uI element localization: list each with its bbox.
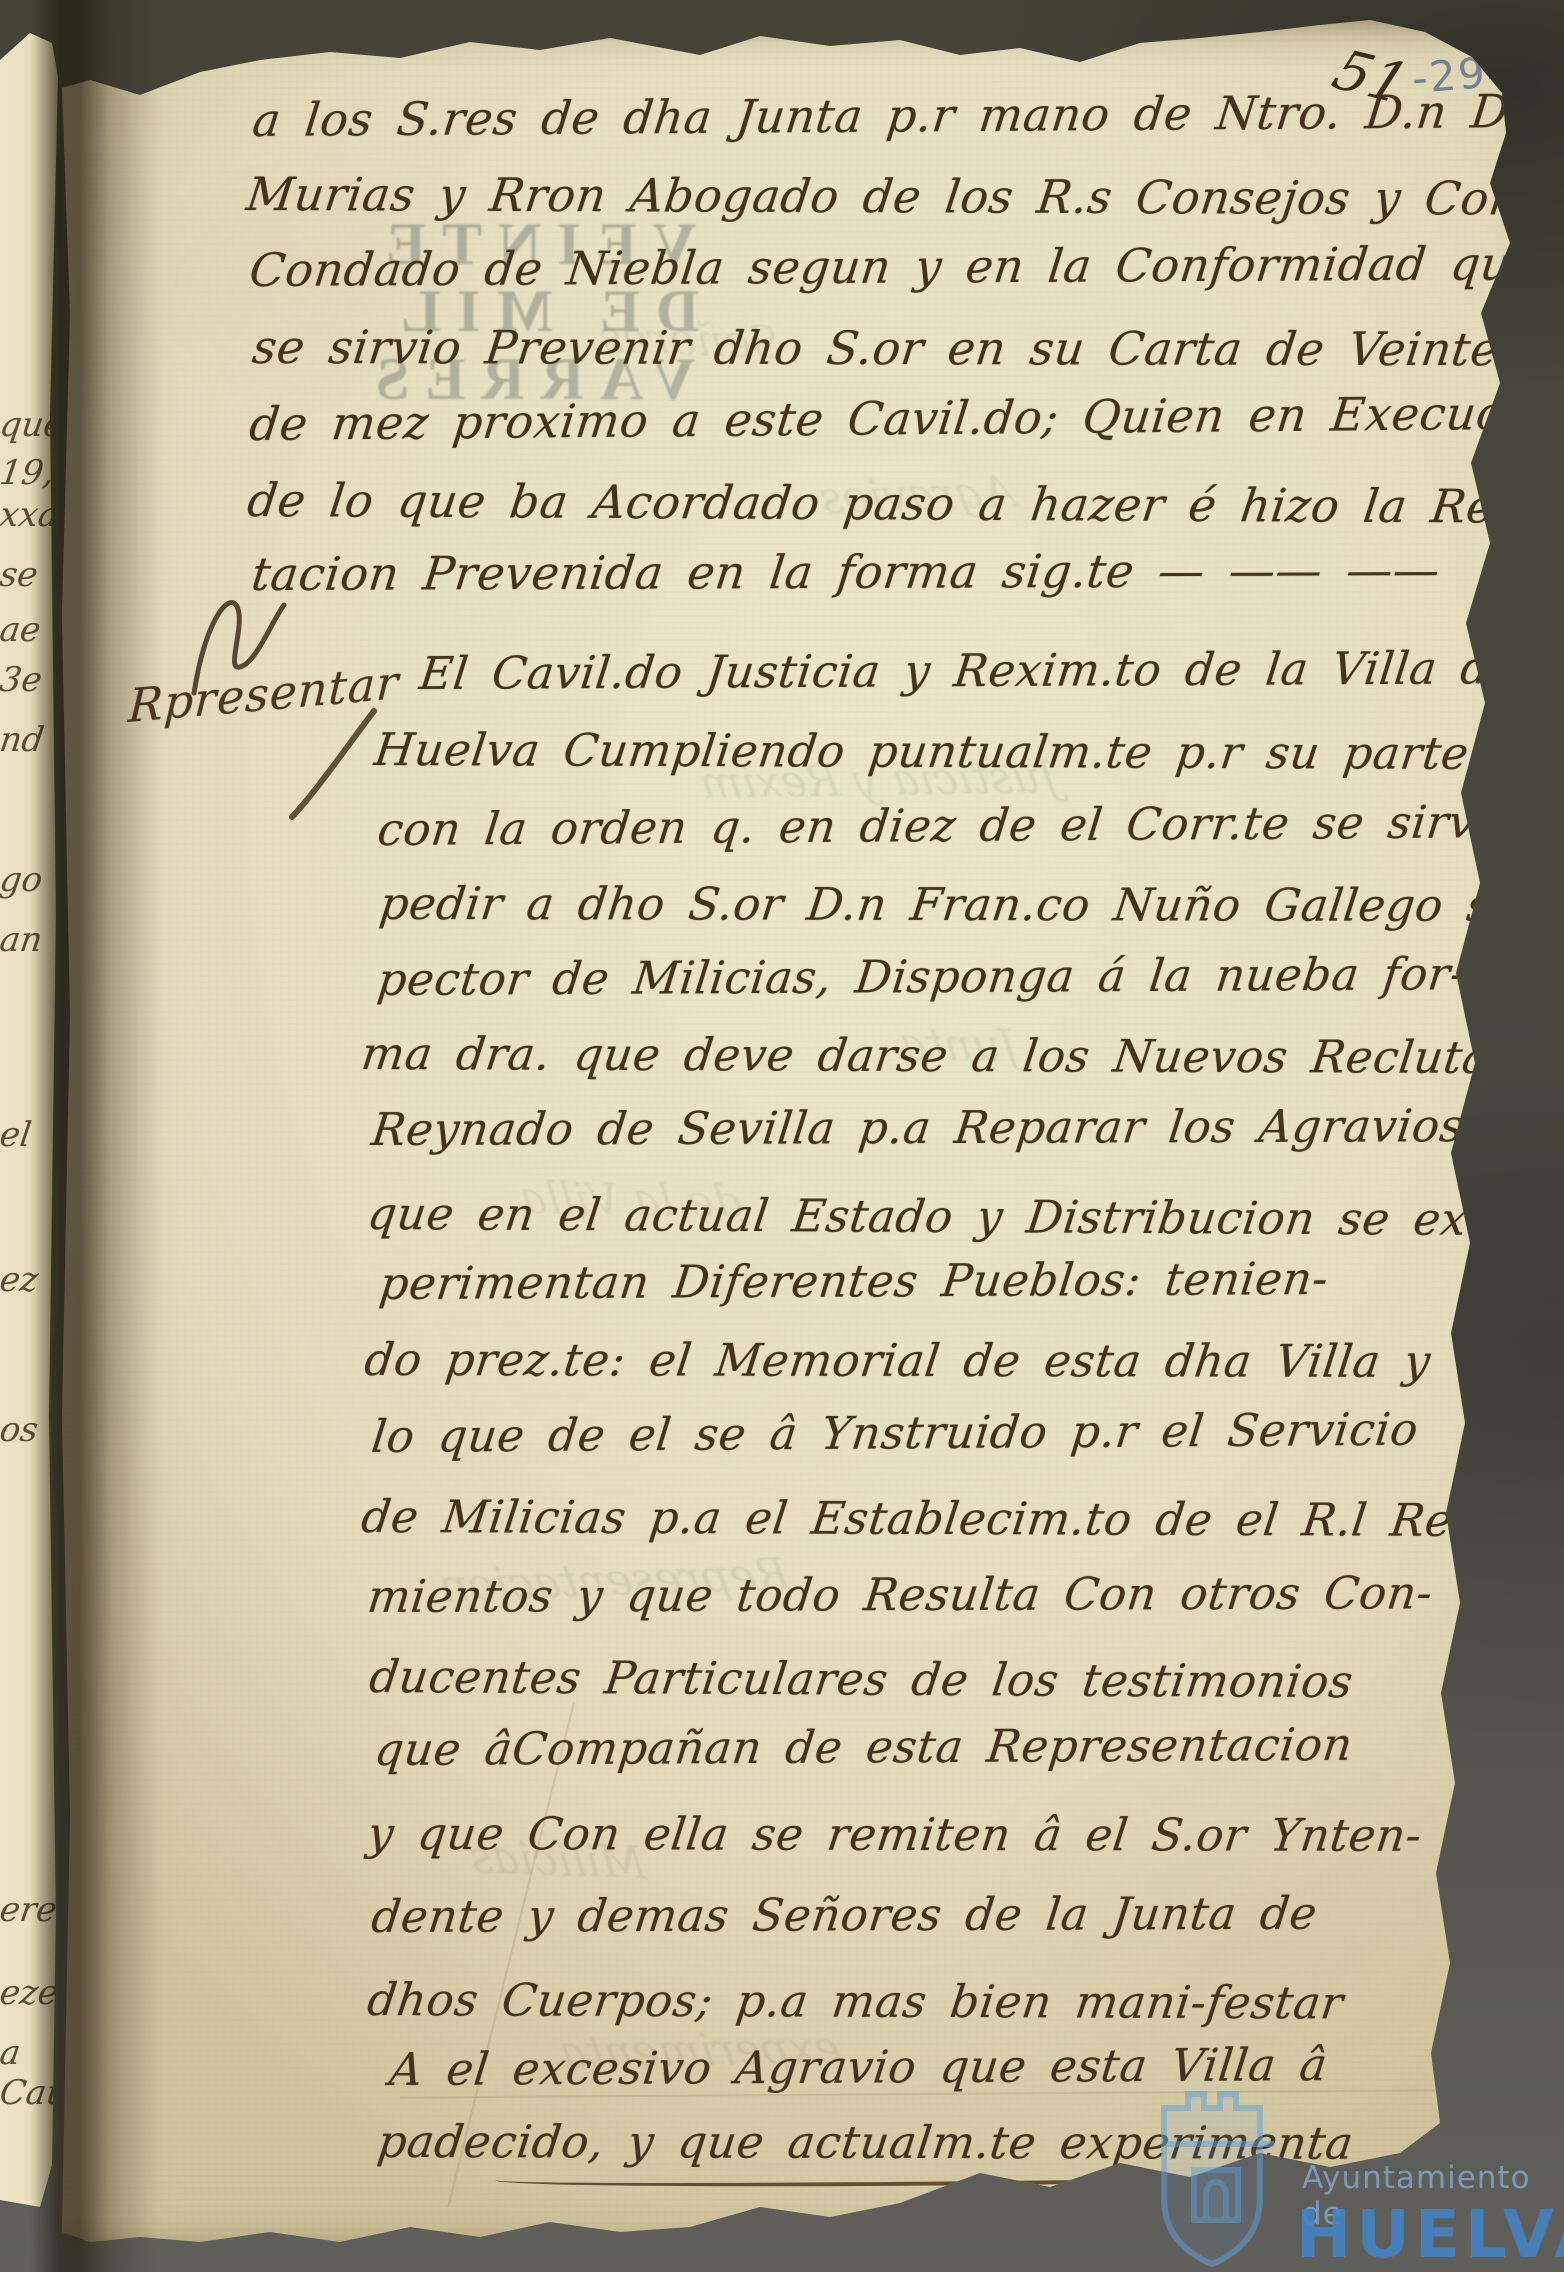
facing-page-fragment: go [0,860,63,900]
text-line: El Cavil.do Justicia y Rexim.to de la Vi… [417,641,1521,700]
text-line: Huelva Cumpliendo puntualm.te p.r su par… [372,723,1472,780]
text-line: dhos Cuerpos; p.a mas bien mani-festar [365,1973,1347,2029]
text-line: ducentes Particulares de los testimonios [367,1650,1357,1708]
text-line: lo que de el se â Ynstruido p.r el Servi… [369,1403,1421,1463]
facing-page-fragment: nd [0,720,63,760]
facing-page-fragment: an [0,920,63,960]
facing-page-fragment: a [0,2033,63,2073]
text-line: tacion Prevenida en la forma sig.te — ——… [249,543,1443,601]
text-line: se sirvio Prevenir dho S.or en su Carta … [250,320,1564,376]
text-line: con la orden q. en diez de el Corr.te se… [375,794,1564,856]
huelva-shield-icon [1150,2078,1290,2272]
text-line: pector de Milicias, Disponga á la nueba … [375,947,1469,1006]
text-line: Reynado de Sevilla p.a Reparar los Agrav… [369,1099,1467,1156]
text-line: de Milicias p.a el Establecim.to de el R… [359,1490,1516,1547]
margin-note: Rpresentar [127,655,400,733]
text-line: Murias y Rron Abogado de los R.s Consejo… [244,167,1564,226]
manuscript-sheet: VEINTEDE MILVARRES SeñoresJusticia y Rex… [40,15,1540,2255]
scanned-manuscript-page: que19,xxaseae3endgoanelezosereezesaCau V… [0,0,1564,2272]
facing-page-fragment: ezes [0,1973,63,2013]
text-line: pedir a dho S.or D.n Fran.co Nuño Galleg… [377,877,1564,932]
text-line: de mez proximo a este Cavil.do; Quien en… [247,385,1564,451]
text-line: que en el actual Estado y Distribucion s… [365,1187,1486,1246]
huelva-logo: Ayuntamiento de HUELVA [1150,2078,1564,2272]
text-line: do prez.te: el Memorial de esta dha Vill… [362,1333,1434,1388]
text-line: ma dra. que deve darse a los Nuevos Recl… [359,1027,1564,1085]
margin-note-tail [278,705,388,825]
text-line: mientos y que todo Resulta Con otros Con… [365,1566,1436,1623]
huelva-logo-title: HUELVA [1296,2196,1564,2272]
text-line: de lo que ba Acordado paso a hazer é hiz… [245,473,1564,534]
text-line: Condado de Niebla segun y en la Conformi… [247,236,1542,297]
text-line: y que Con ella se remiten â el S.or Ynte… [365,1807,1425,1862]
text-line: que âCompañan de esta Representacion [372,1718,1356,1776]
facing-page-fragment: ere [0,1890,63,1930]
text-line: perimentan Diferentes Pueblos: tenien- [377,1252,1331,1310]
text-line: dente y demas Señores de la Junta de [369,1887,1320,1943]
